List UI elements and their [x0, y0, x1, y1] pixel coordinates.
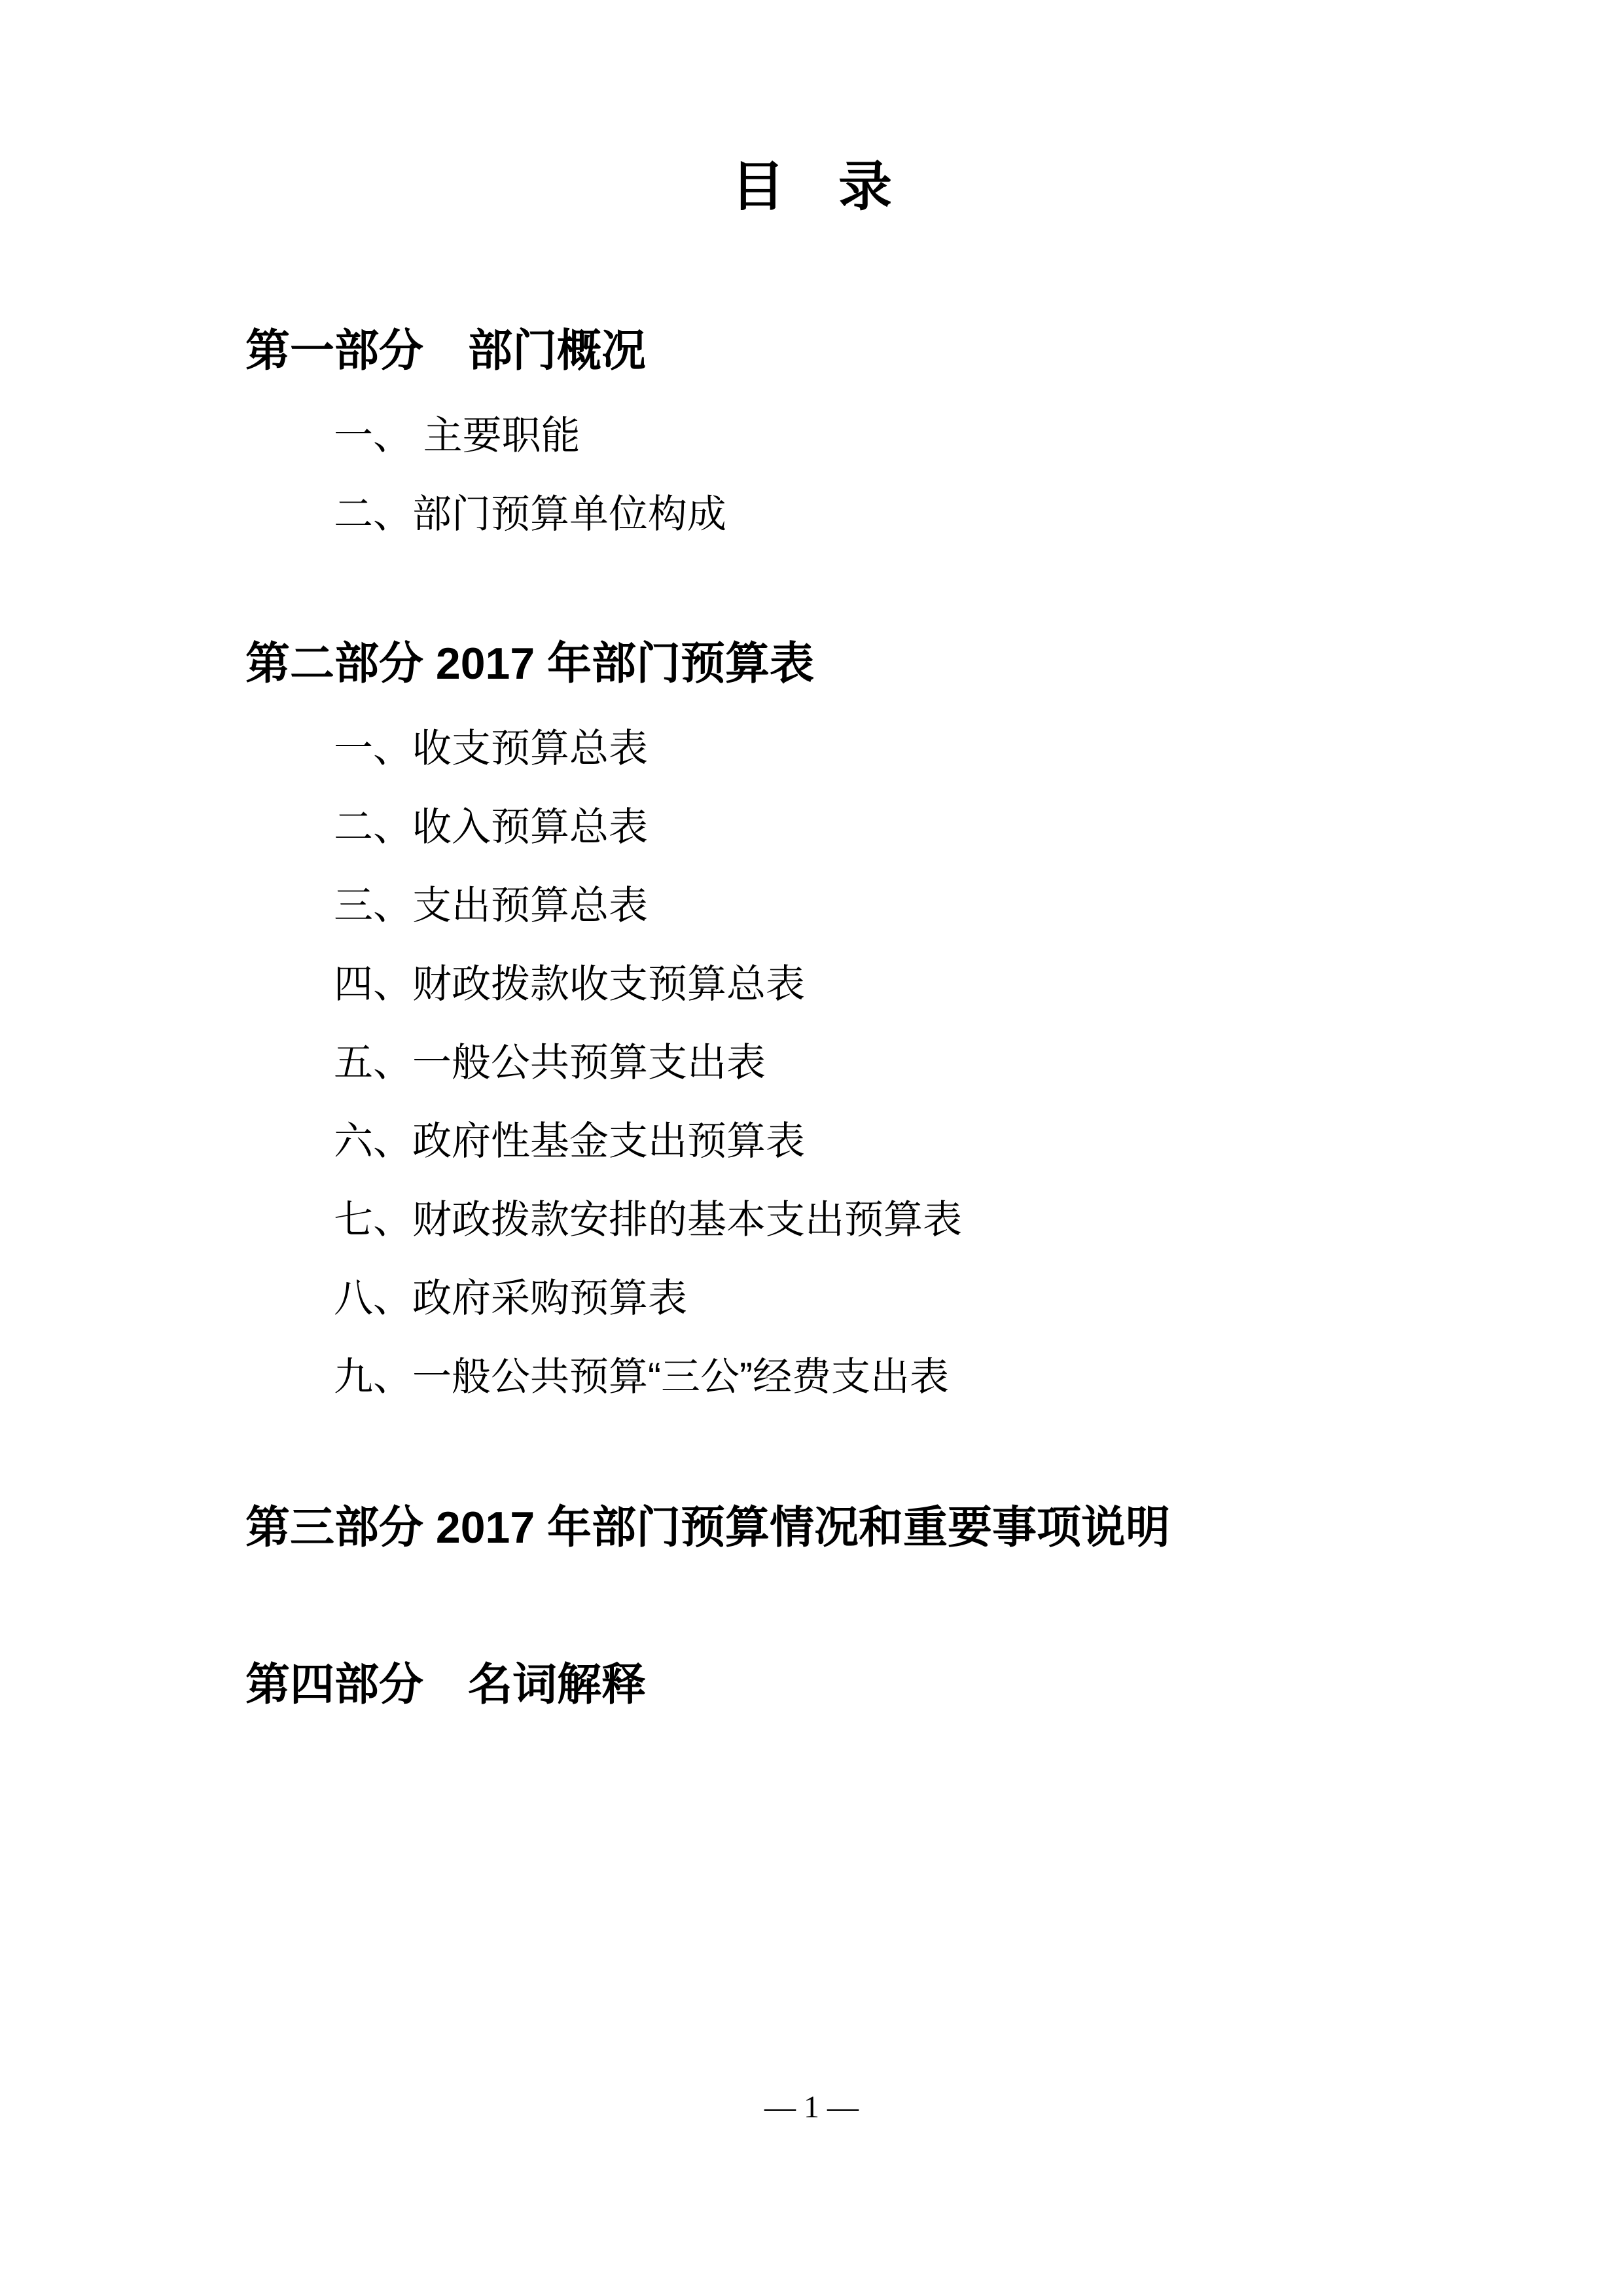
- part-2-heading: 第二部分 2017 年部门预算表: [245, 624, 1623, 703]
- page-title: 目 录: [0, 0, 1623, 226]
- toc-entry: 二、部门预算单位构成: [334, 475, 1623, 554]
- toc-entry: 三、支出预算总表: [334, 867, 1623, 945]
- toc-part-2: 第二部分 2017 年部门预算表 一、收支预算总表 二、收入预算总表 三、支出预…: [0, 624, 1623, 1416]
- toc-entry: 四、财政拨款收支预算总表: [334, 945, 1623, 1024]
- part-1-items: 一、 主要职能 二、部门预算单位构成: [0, 397, 1623, 554]
- toc-entry: 七、财政拨款安排的基本支出预算表: [334, 1181, 1623, 1259]
- part-1-heading: 第一部分 部门概况: [245, 312, 1623, 390]
- part-3-heading: 第三部分 2017 年部门预算情况和重要事项说明: [245, 1488, 1623, 1567]
- toc-entry: 二、收入预算总表: [334, 788, 1623, 867]
- part-2-items: 一、收支预算总表 二、收入预算总表 三、支出预算总表 四、财政拨款收支预算总表 …: [0, 709, 1623, 1416]
- page-number: — 1 —: [0, 2089, 1623, 2126]
- toc-entry: 一、 主要职能: [334, 397, 1623, 475]
- part-4-heading: 第四部分 名词解释: [245, 1645, 1623, 1724]
- document-page: 目 录 第一部分 部门概况 一、 主要职能 二、部门预算单位构成 第二部分 20…: [0, 0, 1623, 2296]
- toc-part-1: 第一部分 部门概况 一、 主要职能 二、部门预算单位构成: [0, 312, 1623, 554]
- toc-part-3: 第三部分 2017 年部门预算情况和重要事项说明: [0, 1488, 1623, 1567]
- toc-entry: 六、政府性基金支出预算表: [334, 1102, 1623, 1181]
- toc-part-4: 第四部分 名词解释: [0, 1645, 1623, 1724]
- toc-entry: 一、收支预算总表: [334, 709, 1623, 788]
- toc-entry: 五、一般公共预算支出表: [334, 1024, 1623, 1102]
- toc-entry: 九、一般公共预算“三公”经费支出表: [334, 1338, 1623, 1416]
- toc-entry: 八、政府采购预算表: [334, 1259, 1623, 1338]
